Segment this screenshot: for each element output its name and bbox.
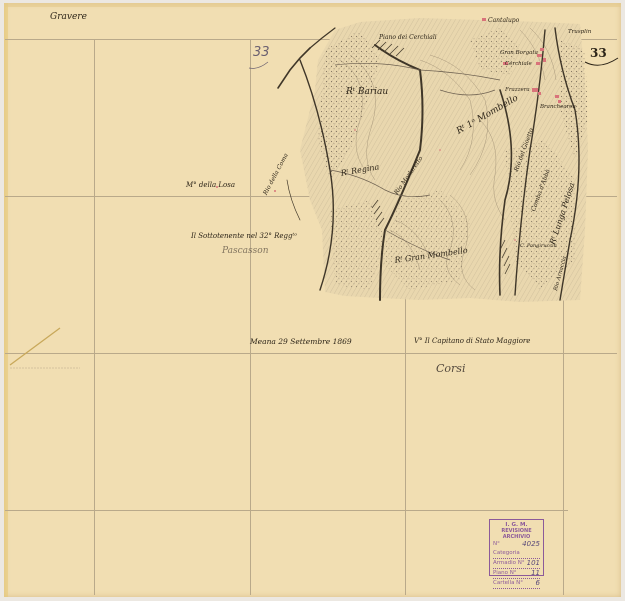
place-cerchiale: Cerchiale — [505, 61, 532, 67]
stamp-value: 4025 — [522, 540, 540, 558]
stamp-row-cartella: Cartella N° 6 — [493, 579, 540, 589]
stamp-label: Piano N° — [493, 569, 517, 578]
stamp-label: N° Categoria — [493, 540, 522, 558]
place-frazzera: Frazzera — [505, 87, 530, 93]
mountain-label: M° della Losa — [186, 181, 235, 189]
place-gran-borgata: Gran Borgata — [500, 50, 538, 56]
stamp-row-piano: Piano N° 11 — [493, 569, 540, 579]
author-signature: Pascasson — [222, 246, 269, 256]
corner-place-label: Gravere — [50, 12, 87, 22]
stamp-label: Cartella N° — [493, 579, 523, 588]
sheet-number: 33 — [590, 46, 607, 60]
author-rank-line: Il Sottotenente nel 32° Reggᵗᵒ — [191, 232, 297, 240]
place-trusplin: Trusplin — [568, 29, 591, 35]
terrain-drawing — [0, 0, 625, 601]
place-piano-dei-cerchiali: Piano dei Cerchiali — [379, 34, 437, 41]
stamp-label: Armadio N° — [493, 559, 525, 568]
pencil-sheet-number: 33 — [253, 45, 270, 60]
date-line: Meana 29 Settembre 1869 — [250, 337, 352, 346]
stamp-row-categoria: N° Categoria 4025 — [493, 540, 540, 559]
stamp-value: 6 — [536, 579, 540, 588]
approval-signature: Corsi — [436, 362, 465, 375]
archive-stamp: I. G. M. REVISIONE ARCHIVIO N° Categoria… — [489, 519, 544, 576]
approval-line: V° Il Capitano di Stato Maggiore — [414, 337, 530, 345]
place-pangiruccia: C. Pangiruccia — [520, 243, 557, 249]
place-cantalupo: Cantalupo — [488, 17, 519, 24]
stamp-value: 101 — [527, 559, 540, 568]
stamp-row-armadio: Armadio N° 101 — [493, 559, 540, 569]
stamp-value: 11 — [531, 569, 540, 578]
place-branchearea: Branchearea — [540, 104, 576, 110]
redoubt-bariau: Rᵗ Bariau — [346, 87, 388, 97]
stamp-title: REVISIONE ARCHIVIO — [493, 528, 540, 540]
